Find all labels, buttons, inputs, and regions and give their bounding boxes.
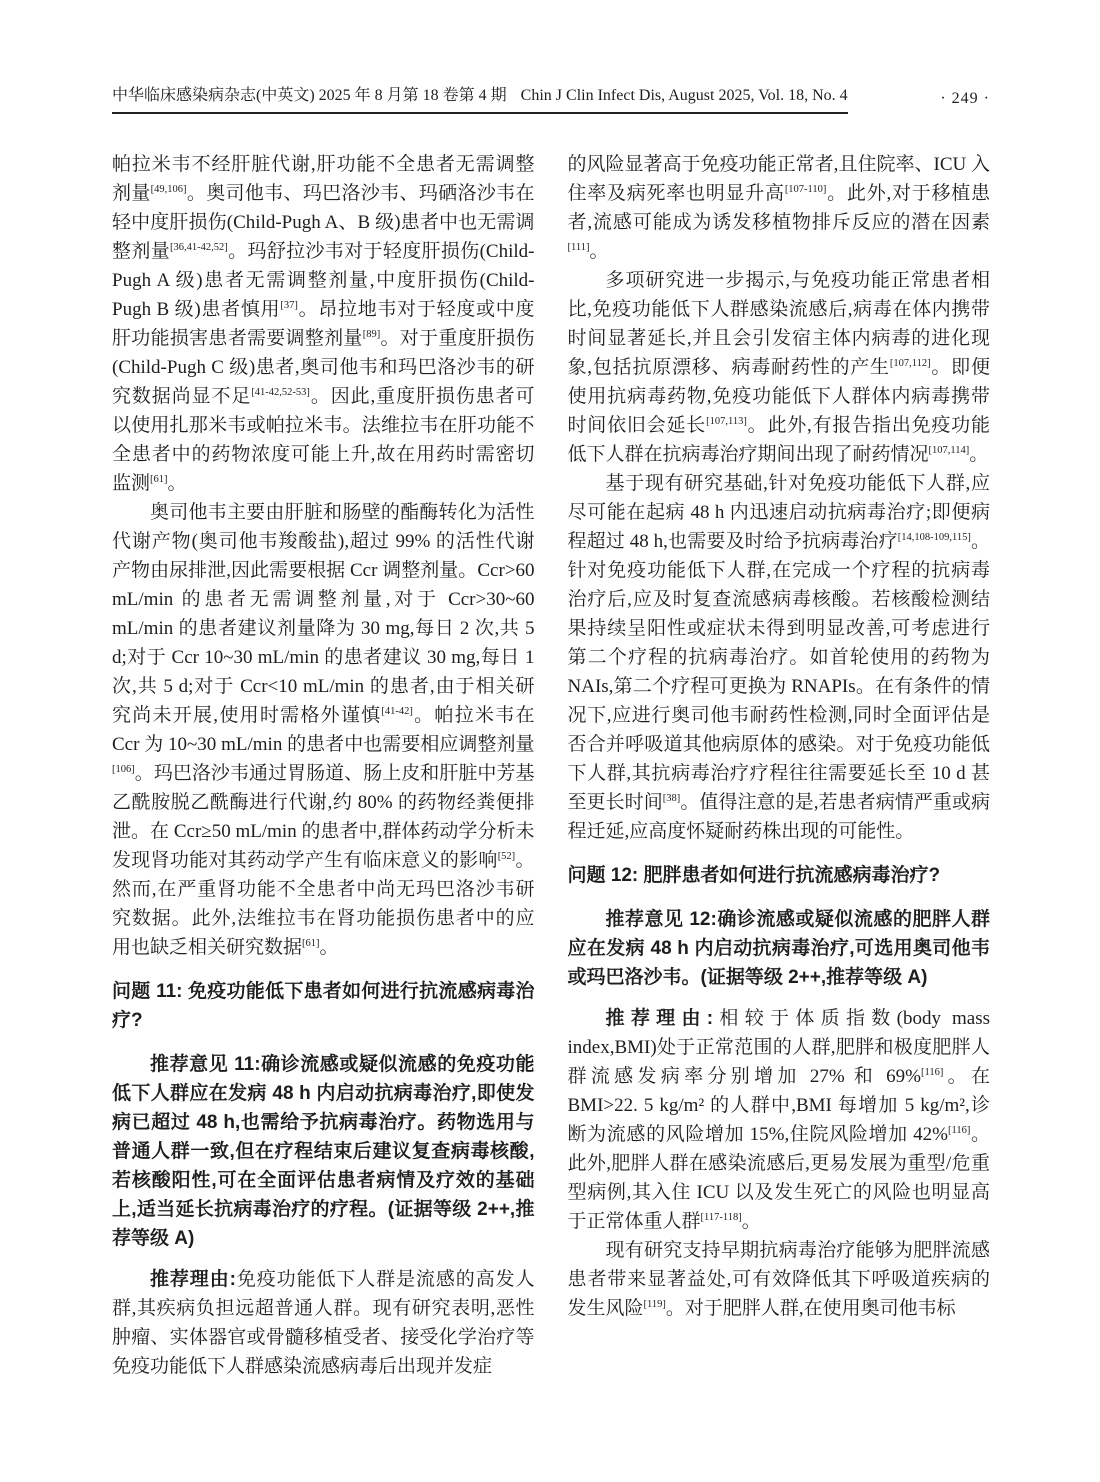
- text-run: 问题 11: 免疫功能低下患者如何进行抗流感病毒治疗?: [112, 981, 535, 1031]
- text-run: 推荐意见 12:确诊流感或疑似流感的肥胖人群应在发病 48 h 内启动抗病毒治疗…: [568, 909, 991, 988]
- text-run: 推荐意见 11:确诊流感或疑似流感的免疫功能低下人群应在发病 48 h 内启动抗…: [112, 1054, 535, 1249]
- reference-superscript: [111]: [568, 242, 590, 253]
- text-run: 问题 12: 肥胖患者如何进行抗流感病毒治疗?: [568, 865, 941, 886]
- reference-superscript: [107,113]: [706, 416, 747, 427]
- text-run: 奥司他韦主要由肝脏和肠壁的酯酶转化为活性代谢产物(奥司他韦羧酸盐),超过 99%…: [112, 502, 535, 726]
- right-column: 的风险显著高于免疫功能正常者,且住院率、ICU 入住率及病死率也明显升高[107…: [568, 150, 991, 1381]
- recommendation-paragraph: 推荐意见 11:确诊流感或疑似流感的免疫功能低下人群应在发病 48 h 内启动抗…: [112, 1050, 535, 1253]
- reference-superscript: [107,112]: [890, 358, 931, 369]
- reference-superscript: [14,108-109,115]: [898, 532, 971, 543]
- question-heading: 问题 11: 免疫功能低下患者如何进行抗流感病毒治疗?: [112, 977, 535, 1035]
- text-run: 。: [320, 937, 339, 958]
- body-paragraph: 多项研究进一步揭示,与免疫功能正常患者相比,免疫功能低下人群感染流感后,病毒在体…: [568, 266, 991, 469]
- reference-superscript: [61]: [302, 938, 320, 949]
- text-run: 。针对免疫功能低下人群,在完成一个疗程的抗病毒治疗后,应及时复查流感病毒核酸。若…: [568, 531, 991, 813]
- reference-superscript: [117-118]: [701, 1212, 742, 1223]
- journal-title-en: Chin J Clin Infect Dis, August 2025, Vol…: [521, 87, 848, 104]
- reason-paragraph: 推荐理由:免疫功能低下人群是流感的高发人群,其疾病负担远超普通人群。现有研究表明…: [112, 1265, 535, 1381]
- body-paragraph: 奥司他韦主要由肝脏和肠壁的酯酶转化为活性代谢产物(奥司他韦羧酸盐),超过 99%…: [112, 498, 535, 962]
- reference-superscript: [89]: [363, 329, 381, 340]
- left-column: 帕拉米韦不经肝脏代谢,肝功能不全患者无需调整剂量[49,106]。奥司他韦、玛巴…: [112, 150, 535, 1381]
- page-header: 中华临床感染病杂志(中英文) 2025 年 8 月第 18 卷第 4 期Chin…: [112, 86, 990, 114]
- reference-superscript: [107-110]: [785, 184, 827, 195]
- reference-superscript: [61]: [150, 474, 168, 485]
- reference-superscript: [38]: [663, 793, 681, 804]
- reference-superscript: [36,41-42,52]: [170, 242, 228, 253]
- text-run: 。: [589, 241, 608, 262]
- reference-superscript: [52]: [498, 851, 516, 862]
- journal-page: 中华临床感染病杂志(中英文) 2025 年 8 月第 18 卷第 4 期Chin…: [0, 0, 1100, 1482]
- recommendation-paragraph: 推荐意见 12:确诊流感或疑似流感的肥胖人群应在发病 48 h 内启动抗病毒治疗…: [568, 905, 991, 992]
- text-run: 。: [742, 1211, 761, 1232]
- body-paragraph: 的风险显著高于免疫功能正常者,且住院率、ICU 入住率及病死率也明显升高[107…: [568, 150, 991, 266]
- text-run: 。: [969, 444, 988, 465]
- bold-lead-in: 推荐理由:: [150, 1269, 236, 1290]
- question-heading: 问题 12: 肥胖患者如何进行抗流感病毒治疗?: [568, 861, 991, 890]
- text-run: 。对于肥胖人群,在使用奥司他韦标: [666, 1298, 956, 1319]
- reference-superscript: [116]: [948, 1125, 970, 1136]
- reference-superscript: [116]: [921, 1067, 943, 1078]
- reference-superscript: [41-42,52-53]: [251, 387, 310, 398]
- body-paragraph: 帕拉米韦不经肝脏代谢,肝功能不全患者无需调整剂量[49,106]。奥司他韦、玛巴…: [112, 150, 535, 498]
- page-number: · 249 ·: [940, 90, 990, 114]
- journal-title-cn: 中华临床感染病杂志(中英文) 2025 年 8 月第 18 卷第 4 期: [112, 87, 507, 104]
- text-run: 。玛巴洛沙韦通过胃肠道、肠上皮和肝脏中芳基乙酰胺脱乙酰酶进行代谢,约 80% 的…: [112, 763, 535, 871]
- reference-superscript: [37]: [280, 300, 298, 311]
- reference-superscript: [119]: [644, 1299, 666, 1310]
- reference-superscript: [106]: [112, 764, 135, 775]
- reference-superscript: [41-42]: [381, 706, 413, 717]
- reason-paragraph: 推荐理由:相较于体质指数(body mass index,BMI)处于正常范围的…: [568, 1004, 991, 1236]
- two-column-layout: 帕拉米韦不经肝脏代谢,肝功能不全患者无需调整剂量[49,106]。奥司他韦、玛巴…: [112, 150, 990, 1381]
- reference-superscript: [107,114]: [929, 445, 970, 456]
- journal-citation: 中华临床感染病杂志(中英文) 2025 年 8 月第 18 卷第 4 期Chin…: [112, 86, 848, 114]
- body-paragraph: 现有研究支持早期抗病毒治疗能够为肥胖流感患者带来显著益处,可有效降低其下呼吸道疾…: [568, 1236, 991, 1323]
- text-run: 。: [168, 473, 187, 494]
- bold-lead-in: 推荐理由:: [606, 1008, 714, 1029]
- body-paragraph: 基于现有研究基础,针对免疫功能低下人群,应尽可能在起病 48 h 内迅速启动抗病…: [568, 469, 991, 846]
- reference-superscript: [49,106]: [151, 184, 187, 195]
